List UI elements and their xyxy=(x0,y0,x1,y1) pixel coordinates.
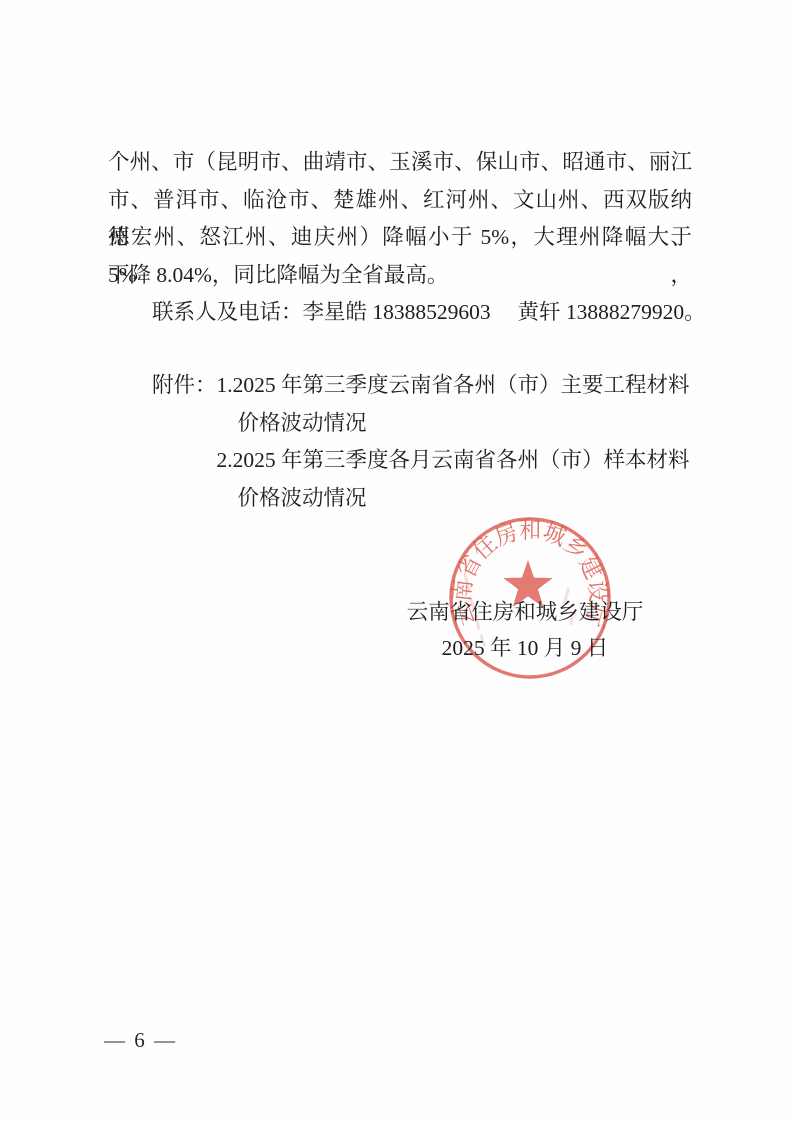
body-paragraph: 个州、市（昆明市、曲靖市、玉溪市、保山市、昭通市、丽江 市、普洱市、临沧市、楚雄… xyxy=(108,144,692,332)
attachment-item-1-line-1: 1.2025 年第三季度云南省各州（市）主要工程材料 xyxy=(217,367,690,405)
attachments-section: 附件： 1.2025 年第三季度云南省各州（市）主要工程材料 价格波动情况 2.… xyxy=(152,367,690,517)
attachments-label: 附件： xyxy=(152,367,217,405)
attachments-items: 1.2025 年第三季度云南省各州（市）主要工程材料 价格波动情况 2.2025… xyxy=(217,367,690,517)
attachment-item-1-line-2: 价格波动情况 xyxy=(217,405,690,443)
issuing-agency: 云南省住房和城乡建设厅 xyxy=(380,595,670,631)
page-number: — 6 — xyxy=(104,1028,177,1052)
signature-block: 云南省住房和城乡建设厅 2025 年 10 月 9 日 xyxy=(380,595,670,666)
contact-line: 联系人及电话：李星皓 18388529603 黄轩 13888279920。 xyxy=(108,294,692,332)
paragraph-line: 德宏州、怒江州、迪庆州）降幅小于 5%，大理州降幅大于 5%， xyxy=(108,219,692,257)
attachment-item-2-line-1: 2.2025 年第三季度各月云南省各州（市）样本材料 xyxy=(217,442,690,480)
paragraph-line: 个州、市（昆明市、曲靖市、玉溪市、保山市、昭通市、丽江 xyxy=(108,144,692,182)
issue-date: 2025 年 10 月 9 日 xyxy=(380,631,670,667)
paragraph-line: 市、普洱市、临沧市、楚雄州、红河州、文山州、西双版纳州、 xyxy=(108,182,692,220)
document-page: 个州、市（昆明市、曲靖市、玉溪市、保山市、昭通市、丽江 市、普洱市、临沧市、楚雄… xyxy=(0,0,793,1122)
